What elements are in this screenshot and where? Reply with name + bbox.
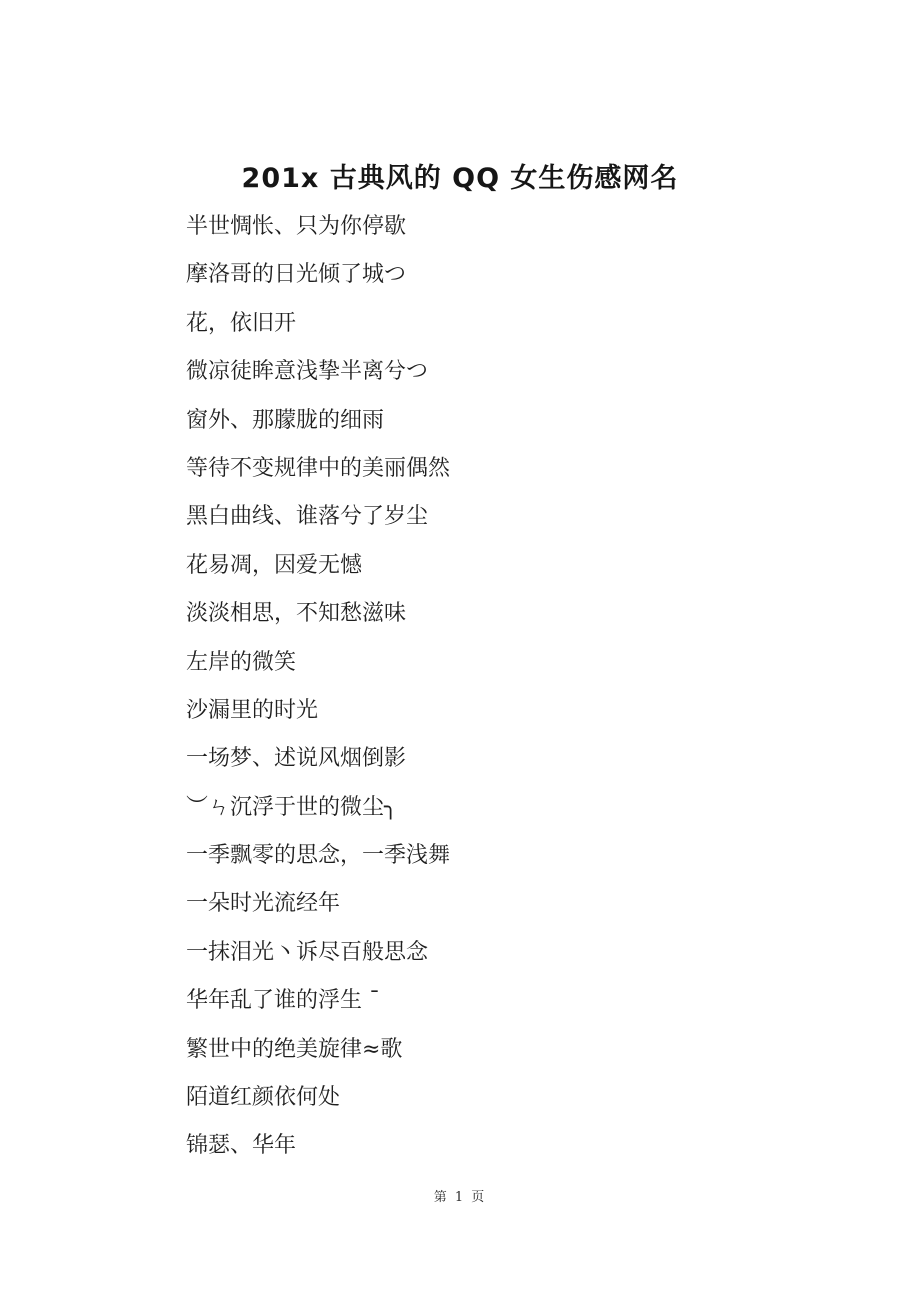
nickname-line: 一朵时光流经年 [186,880,830,928]
nickname-line: ︶ㄣ沉浮于世的微尘╮ [186,784,830,832]
nickname-line: 一抹泪光丶诉尽百般思念 [186,929,830,977]
nickname-line: 繁世中的绝美旋律≈歌 [186,1026,830,1074]
nickname-list: 半世惆怅、只为你停歇 摩洛哥的日光倾了城つ 花，依旧开 微凉徒眸意浅挚半离兮つ … [186,203,830,1171]
nickname-line: 左岸的微笑 [186,639,830,687]
nickname-line: 微凉徒眸意浅挚半离兮つ [186,348,830,396]
nickname-line: 一场梦、述说风烟倒影 [186,735,830,783]
nickname-line: 沙漏里的时光 [186,687,830,735]
nickname-line: 黑白曲线、谁落兮了岁尘 [186,493,830,541]
page-number: 第 1 页 [0,1186,920,1205]
nickname-line: 陌道红颜依何处 [186,1074,830,1122]
nickname-line: 半世惆怅、只为你停歇 [186,203,830,251]
nickname-line: 窗外、那朦胧的细雨 [186,397,830,445]
nickname-line: 等待不变规律中的美丽偶然 [186,445,830,493]
nickname-line: 一季飘零的思念，一季浅舞 [186,832,830,880]
document-title: 201x 古典风的 QQ 女生伤感网名 [0,156,920,195]
nickname-line: 花，依旧开 [186,300,830,348]
nickname-line: 华年乱了谁的浮生 ˉ [186,977,830,1025]
document-page: 201x 古典风的 QQ 女生伤感网名 半世惆怅、只为你停歇 摩洛哥的日光倾了城… [0,0,920,1302]
nickname-line: 花易凋，因爱无憾 [186,542,830,590]
nickname-line: 锦瑟、华年 [186,1122,830,1170]
nickname-line: 摩洛哥的日光倾了城つ [186,251,830,299]
nickname-line: 淡淡相思，不知愁滋味 [186,590,830,638]
